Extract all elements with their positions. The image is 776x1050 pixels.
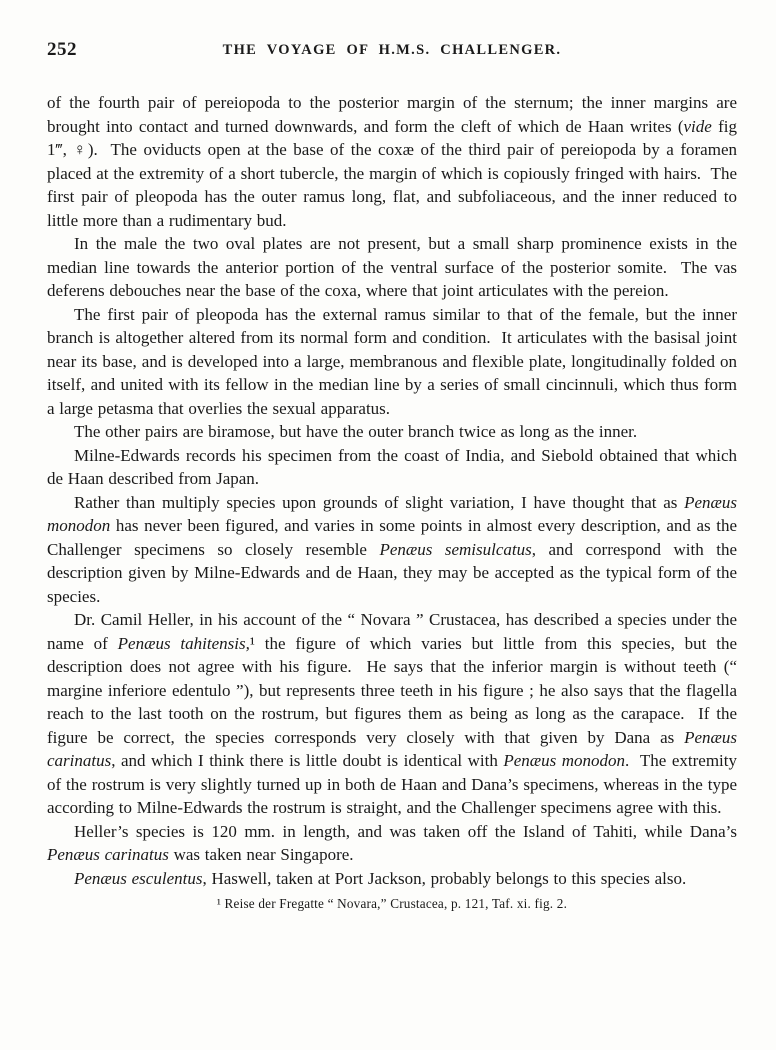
species-name-italic: Penæus carinatus [47,845,169,864]
text-run: was taken near Singapore. [169,845,354,864]
text-run: The first pair of pleopoda has the exter… [47,305,737,418]
book-page: 252 THE VOYAGE OF H.M.S. CHALLENGER. of … [0,0,776,1050]
paragraph: Dr. Camil Heller, in his account of the … [47,608,737,820]
paragraph: In the male the two oval plates are not … [47,232,737,303]
text-run: , and which I think there is little doub… [111,751,503,770]
species-name-italic: Penæus esculentus [74,869,202,888]
paragraph: The other pairs are biramose, but have t… [47,420,737,444]
paragraph: of the fourth pair of pereiopoda to the … [47,91,737,232]
species-name-italic: vide [684,117,712,136]
page-number: 252 [47,39,77,61]
paragraph: Heller’s species is 120 mm. in length, a… [47,820,737,867]
species-name-italic: Penæus tahitensis, [118,634,250,653]
paragraph: Rather than multiply species upon ground… [47,491,737,609]
text-run: , Haswell, taken at Port Jackson, probab… [202,869,686,888]
species-name-italic: Penæus semisulcatus [379,540,531,559]
text-run: Rather than multiply species upon ground… [74,493,684,512]
text-run: The other pairs are biramose, but have t… [74,422,637,441]
page-header: 252 THE VOYAGE OF H.M.S. CHALLENGER. [47,42,737,64]
text-run: Heller’s species is 120 mm. in length, a… [74,822,737,841]
paragraph: Milne-Edwards records his specimen from … [47,444,737,491]
paragraph: The first pair of pleopoda has the exter… [47,303,737,421]
running-head: THE VOYAGE OF H.M.S. CHALLENGER. [47,42,737,59]
text-run: Milne-Edwards records his specimen from … [47,446,737,489]
paragraph: Penæus esculentus, Haswell, taken at Por… [47,867,737,891]
text-block: of the fourth pair of pereiopoda to the … [47,91,737,890]
species-name-italic: Penæus monodon [503,751,625,770]
text-run: In the male the two oval plates are not … [47,234,737,300]
text-run: of the fourth pair of pereiopoda to the … [47,93,737,136]
footnote: ¹ Reise der Fregatte “ Novara,” Crustace… [47,896,737,912]
